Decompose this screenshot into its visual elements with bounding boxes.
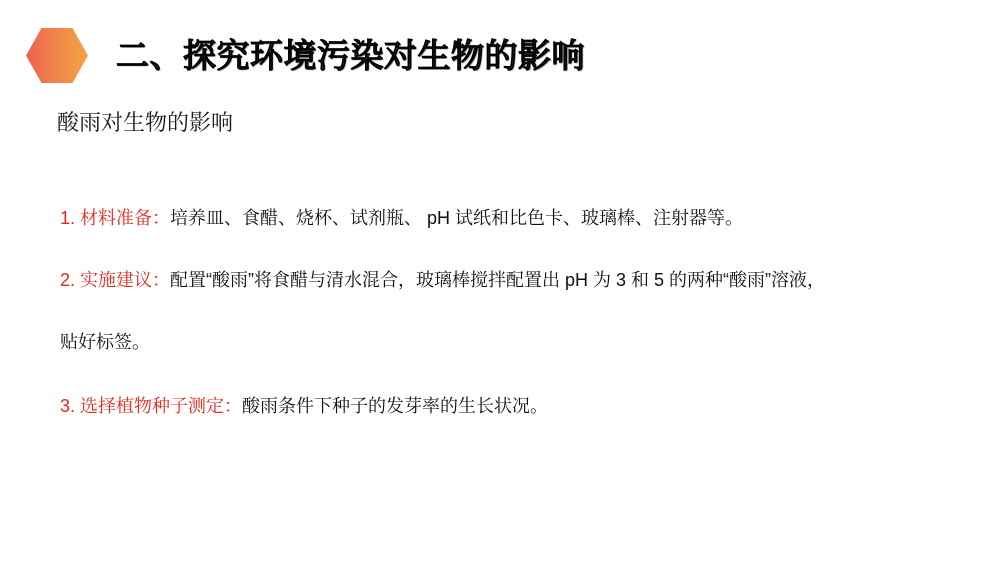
item-text: 培养皿、食醋、烧杯、试剂瓶、 pH 试纸和比色卡、玻璃棒、注射器等。 [170, 208, 743, 228]
page-title: 二、探究环境污染对生物的影响 [116, 34, 585, 78]
item-label: 3. 选择植物种子测定： [60, 396, 242, 416]
section-subtitle: 酸雨对生物的影响 [57, 108, 233, 138]
item-seed-test: 3. 选择植物种子测定：酸雨条件下种子的发芽率的生长状况。 [60, 393, 548, 419]
item-text: 配置“酸雨”将食醋与清水混合，玻璃棒搅拌配置出 pH 为 3 和 5 的两种“酸… [170, 270, 825, 290]
item-label: 2. 实施建议： [60, 270, 170, 290]
item-suggestions-continuation: 贴好标签。 [60, 329, 150, 355]
item-materials: 1. 材料准备：培养皿、食醋、烧杯、试剂瓶、 pH 试纸和比色卡、玻璃棒、注射器… [60, 205, 743, 231]
item-text: 酸雨条件下种子的发芽率的生长状况。 [242, 396, 548, 416]
hexagon-icon [26, 28, 88, 83]
item-suggestions: 2. 实施建议：配置“酸雨”将食醋与清水混合，玻璃棒搅拌配置出 pH 为 3 和… [60, 267, 825, 293]
item-label: 1. 材料准备： [60, 208, 170, 228]
